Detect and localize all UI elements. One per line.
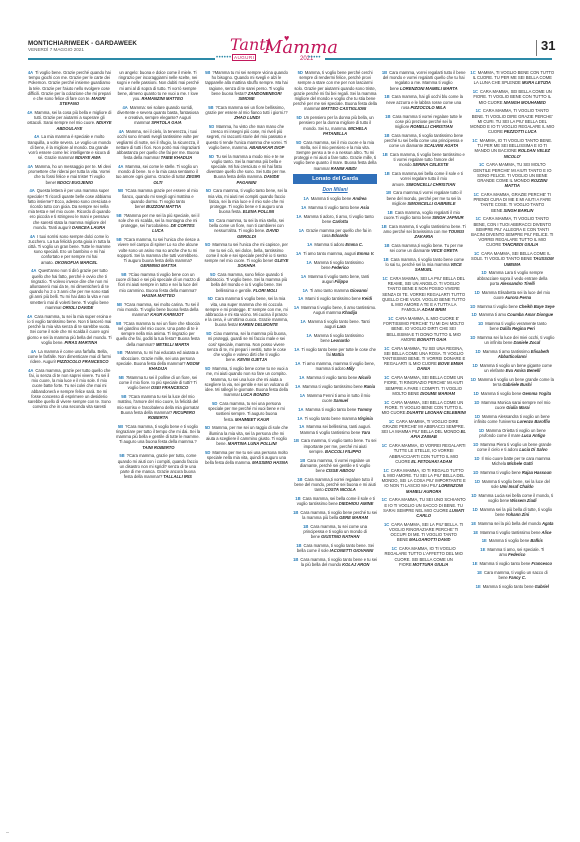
- author-signature: Tommy: [357, 407, 372, 412]
- author-signature: MASSIMO HASNA: [252, 460, 288, 465]
- greeting-message: 1BCara mamma, ti voglio tanto bene come …: [381, 257, 466, 273]
- greeting-message: 1DMamma Piera ti voglio un bene grande c…: [470, 442, 555, 452]
- header-rule-left: [28, 58, 215, 60]
- greeting-message: 5B?Cara mamma, ti voglio bene e ti vogli…: [116, 424, 201, 450]
- class-label: 1A: [301, 319, 306, 324]
- greeting-message: 5DCara mamma, ti voglio tanto bene, sei …: [204, 188, 289, 214]
- page-number: 31: [541, 38, 555, 53]
- greeting-message: 1CCARA MAMMA, SEI LA PIU' BELLA DEL REAM…: [381, 276, 466, 312]
- greeting-message: 1CCARA MAMMA, SEI BELLA COME UN FIORE, T…: [381, 375, 466, 396]
- author-signature: Umi Insaf Chaldo: [500, 484, 534, 489]
- greeting-message: 1CCARA MAMMA, IL MIO CUORE E' FORTISSIMO…: [381, 316, 466, 342]
- greeting-message: 1CCARA MAMMA, IO VORREI REGALARTI TUTTE …: [381, 443, 466, 464]
- message-text: ?Cara mamma, ti voglio bene e ti voglio …: [116, 424, 200, 445]
- class-label: 1D: [472, 363, 477, 368]
- greeting-message: 1CCARA MAMMA, SEI BELLA COME UN FIORE. T…: [470, 89, 555, 105]
- class-label: 1A: [304, 196, 309, 201]
- greeting-message: 1BCara mamma,ti vorrei regalare tutto il…: [293, 477, 378, 493]
- greeting-message: 1AMamma ti voglio tantissimo beneFederic…: [293, 260, 378, 270]
- message-text: Mamma ti adoro: [314, 242, 344, 247]
- author-signature: Francesco: [531, 561, 552, 566]
- author-signature: Bafkis: [530, 538, 542, 543]
- class-label: 1E: [472, 561, 477, 566]
- greeting-message: 5DCiao mamma, sei la mamma più buona, mi…: [204, 331, 289, 362]
- author-signature: TALLALLI IRIS: [163, 474, 192, 479]
- greeting-message: 1CCARA MAMMA, IO TI VOGLIO REGALARE TUTT…: [381, 546, 466, 567]
- greeting-message: 4ALa mia mamma è speciale e molto tranqu…: [27, 134, 112, 160]
- message-text: Mamma ti voglio tanto bene: [483, 584, 534, 589]
- greeting-message: 1ATi amo tanto mamma, auguriEmma V.: [293, 251, 378, 256]
- greeting-message: 1CCARA MAMMA, GRAZIE PERCHE' TI PRENDI C…: [470, 192, 555, 213]
- author-signature: ELENA POLLINI: [243, 209, 274, 214]
- heart-icon: ♥: [284, 33, 289, 43]
- greeting-message: 5DMamma tu sei l'unica che mi capisce, p…: [204, 242, 289, 268]
- tanti-auguri-mamma-logo: Tanti AUGURI Mamma ♥ 2021: [228, 35, 318, 67]
- message-text: Ti amo tanto mamma, auguri: [303, 251, 356, 256]
- greeting-message: 1DMamma ti voglio beneCheikh Baye Seye: [470, 304, 555, 309]
- message-text: Mamma ti voglio tanto bene: [480, 561, 531, 566]
- class-label: 1C: [382, 443, 387, 448]
- greeting-message: 1BCara mamma, ti vorrei regalare un diam…: [293, 458, 378, 474]
- greeting-message: 1CCARA MAMMA, TU SEI MOLTO GENTILE PERCH…: [470, 162, 555, 188]
- print-mark: [6, 832, 9, 833]
- class-label: 1A: [307, 242, 312, 247]
- greeting-message: 5B?Cara mamma grazie per essere al mio f…: [116, 188, 201, 209]
- class-label: 1E: [473, 530, 478, 535]
- greeting-message: 1AMamma ti adoro, ti amo, ti voglio tant…: [293, 214, 378, 224]
- message-text: Questa lettera è per una mamma super spe…: [27, 188, 111, 229]
- greeting-message: 1EMamma ti voglio tanto beneGabriel: [470, 584, 555, 589]
- greeting-message: 1BCara mamma,ti vorrei regalare tutto il…: [381, 190, 466, 206]
- class-label: 1D: [475, 349, 480, 354]
- column-2: un angelo: buona e dolce come il miele. …: [116, 70, 201, 815]
- author-signature: Yohann Zini: [506, 512, 530, 517]
- greeting-message: 1DMamma ti amo tantissimoElisabeth Abbat…: [470, 349, 555, 359]
- greeting-message: 1BCara mamma, tu sei come una principess…: [293, 524, 378, 540]
- greeting-message: 4AMamma, ho un messaggio per te. Mi devi…: [27, 164, 112, 185]
- column-4: 5DMamma, ti voglio bene perché cerchi se…: [293, 70, 378, 815]
- message-text: Mamma ti voglio bene: [477, 304, 518, 309]
- greeting-message: 1BCara mamma, ti voglio tantissimo bene.…: [381, 224, 466, 240]
- greeting-message: 1CMAMMA, TI VOGLIO BENE CON TUTTO IL CUO…: [470, 70, 555, 86]
- greeting-message: 1AMami ti voglio tantissimo beneKeidi: [293, 296, 378, 301]
- message-text: Ti amo tanto mamma: [310, 288, 349, 293]
- author-signature: ADAM BRIM: [422, 307, 446, 312]
- greeting-message: 1AMamma ti adoroEmma C.: [293, 242, 378, 247]
- author-signature: DIEDHIOU AMINE: [339, 501, 374, 506]
- author-signature: ABABAKAR DIOP: [249, 145, 284, 150]
- greeting-message: 1CCARA MAMMA, TI VOGLIO DIRE GRAZIE PERC…: [381, 419, 466, 440]
- greeting-message: 4AMamma, sei il cielo, la tenerezza, i t…: [116, 129, 201, 160]
- greeting-message: 1DMamma sei la luce dei miei occhi, ti v…: [470, 335, 555, 345]
- class-label: 1A: [301, 205, 306, 210]
- greeting-message: 5DCara mamma ti voglio bene, sei la mia …: [204, 296, 289, 327]
- greeting-message: 1DMamma Orietta ti voglio un bene profon…: [470, 428, 555, 438]
- author-signature: MALGAROTTI DAVID: [409, 537, 450, 542]
- class-label: 1D: [473, 470, 478, 475]
- class-label: 1B: [385, 114, 390, 119]
- author-signature: METELLI MARTA: [156, 342, 189, 347]
- class-label: 1A: [306, 260, 311, 265]
- greeting-message: 5DCara mamma, sei il mio cuore e la mia …: [293, 140, 378, 171]
- author-signature: Coumba Amar Diongue: [507, 312, 553, 317]
- message-text: ?Cara mamma, tu sei l'unica che riesce a…: [117, 237, 199, 263]
- greeting-message: 1DMamma sei la più bella di tutte, ti vo…: [470, 507, 555, 517]
- author-signature: Giovanni: [350, 288, 368, 293]
- greeting-message: 1CCARA MAMMA, IO TI REGALO TUTTO IL MIO …: [381, 468, 466, 494]
- greeting-message: 1EMamma sei la più bella del mondoAgata: [470, 521, 555, 526]
- message-text: Mamma sei la più bella del mondo: [478, 521, 541, 526]
- author-signature: Mily: [347, 366, 355, 371]
- greeting-message: 1DMamma Monica sarai sempre nel mio cuor…: [470, 400, 555, 410]
- greeting-message: 1BCara mamma, sei bella come il sole e t…: [293, 496, 378, 506]
- publication-name: MONTICHIARIWEEK - GARDAWEEK: [28, 40, 137, 47]
- greeting-message: 4ACara mamma, tu sei la mia super eroina…: [27, 314, 112, 345]
- class-label: 1D: [475, 479, 480, 484]
- message-text: Mamma ti voglio tantissimo bene: [302, 384, 362, 389]
- greeting-message: 1AMamma ti voglio tanto beneTommy: [293, 407, 378, 412]
- author-signature: EL FETOUAKI ADAM: [411, 459, 452, 464]
- author-signature: SINGH BARLIN: [503, 208, 533, 213]
- author-signature: Emma V.: [357, 251, 374, 256]
- greeting-message: 1CCARA MAMMA, SEI BELLA COME UN FIORE. T…: [381, 400, 466, 416]
- author-signature: Nicolò: [358, 375, 371, 380]
- greeting-message: 1CCARA MAMMA, TU SEI UNO SCHIANTO E IO T…: [381, 497, 466, 518]
- greeting-message: 1DMamma ti amoCoumba Amar Diongue: [470, 312, 555, 317]
- greeting-message: 1BCara mamma, ti voglio bene tantissimo …: [381, 152, 466, 168]
- greeting-message: 1DMamma ti voglio bene, sei la luce del …: [470, 479, 555, 489]
- author-signature: Samuel: [333, 398, 348, 403]
- author-signature: COSTA NICOLA: [325, 487, 356, 492]
- greeting-message: 1AMamma ti voglio tantissimo beneLeonard…: [293, 333, 378, 343]
- message-text: ?Cara mamma sei un fiore bellissimo, gra…: [205, 105, 287, 115]
- author-signature: TANCREDI GIULIA: [502, 242, 538, 247]
- author-signature: RANIM ABIDI: [331, 166, 357, 171]
- greeting-message: 1ATi amo mamma, mamma ti voglio bene, ma…: [293, 361, 378, 371]
- class-label: 1B: [293, 510, 298, 515]
- greeting-message: 5B?Mamma tu mi sei sempre vicina quando …: [204, 70, 289, 101]
- author-signature: GERMINO MATTIA: [140, 263, 176, 268]
- greeting-message: 5B?Mamma, tu mi hai educata ed aiutata a…: [116, 350, 201, 371]
- class-label: 1A: [299, 375, 304, 380]
- author-signature: OANCEA LAURA: [72, 225, 105, 230]
- author-signature: BONATTI GAIA: [417, 337, 447, 342]
- class-label: 1A: [295, 361, 300, 366]
- class-label: 1D: [470, 304, 475, 309]
- author-signature: GIUSTINO NATHAN: [321, 534, 359, 539]
- greeting-message: 1AMamma ti voglio tanto beneNicolò: [293, 375, 378, 380]
- author-signature: Agata: [542, 521, 554, 526]
- column-5: 1BCara mamma, vorrei regalarti tutto il …: [381, 70, 466, 815]
- greeting-message: 5DUn pensiero per la donna più bella, un…: [293, 115, 378, 136]
- author-signature: LUCA BONZIO: [241, 392, 270, 397]
- class-label: 1E: [477, 570, 482, 575]
- greeting-message: 4ALa mamma è come una farfalla. Bella, c…: [27, 349, 112, 365]
- author-signature: Gabriele Bushi: [502, 382, 531, 387]
- author-signature: SIMONCELLI GABRIELE: [407, 201, 455, 206]
- message-text: Mamma ti voglio tanto bene: [306, 407, 357, 412]
- author-signature: MURA LETIZIA: [522, 80, 551, 85]
- author-signature: TAINI ROBERTO: [142, 445, 174, 450]
- message-text: Mamma ti voglio bene: [481, 391, 522, 396]
- author-signature: DUARTE LEONAN CELEBRINI: [407, 410, 466, 415]
- greeting-message: 1AMamma ti voglio tantissimo beneRania: [293, 384, 378, 389]
- header-dots-right: •••••: [308, 55, 321, 61]
- column-6: 1CMAMMA, TI VOGLIO BENE CON TUTTO IL CUO…: [470, 70, 555, 815]
- greeting-message: 1CCARA MAMMA, TI VOGLIO TANTO BENE, CON …: [470, 216, 555, 247]
- greeting-message: 5DMamma per me tu sei una persona molto …: [204, 450, 289, 466]
- greeting-message: 5DMamma, ti voglio bene come tu ne vuoi …: [204, 366, 289, 397]
- author-signature: BUZZONI MATTIA: [146, 204, 181, 209]
- greeting-message: 5DMamma, per me sei un raggio di sole ch…: [204, 425, 289, 446]
- greeting-message: 1DMamma ti voglio un bene gigante come u…: [470, 363, 555, 373]
- greeting-message: 1BCara mamma ti vorrei regalare tutte le…: [381, 114, 466, 130]
- class-label: 1A: [300, 393, 305, 398]
- author-signature: PIZZOCOLO FRANCESCO: [57, 359, 109, 364]
- greeting-message: 1AGrazie mamma per quello che fai in cas…: [293, 228, 378, 238]
- greeting-message: 5DTu sei la mamma a modo mio e te ne vog…: [204, 154, 289, 185]
- author-signature: Lara: [337, 324, 346, 329]
- author-signature: ZHAO LUNDI: [234, 115, 260, 120]
- greeting-message: 1BCara mamma, vorrei regalarti tutto il …: [381, 70, 466, 91]
- greeting-message: 5B?Cara mamma, tu sei l'unica che riesce…: [116, 237, 201, 268]
- author-signature: Edoardo: [332, 233, 349, 238]
- class-label: 1E: [482, 538, 487, 543]
- article-columns: 4ATi voglio bene. Grazie perché quando h…: [27, 70, 555, 815]
- class-label: 1D: [474, 290, 479, 295]
- message-text: Mamma ti voglio tanto bene: [308, 205, 359, 210]
- author-signature: Daniele Zocal: [513, 340, 540, 345]
- greeting-message: 5B?Cara mamma sei un fiore bellissimo, g…: [204, 105, 289, 121]
- greeting-message: 5B?Cara mamma, grazie per tutto, come qu…: [116, 453, 201, 479]
- author-signature: PIRAS MARTINA: [65, 340, 98, 345]
- greeting-message: 5B?Ciao mamma ti voglio bene con un cuor…: [116, 272, 201, 298]
- author-signature: Keidi: [362, 296, 372, 301]
- message-text: Mamma, ti voglio bene perché cerchi semp…: [293, 70, 377, 111]
- author-signature: KAUR KARMJOT: [150, 312, 184, 317]
- class-label: 1A: [296, 251, 301, 256]
- author-signature: VECE GRETA: [431, 248, 458, 253]
- class-label: 1A: [298, 407, 303, 412]
- author-signature: Andrea: [352, 196, 366, 201]
- class-label: 1D: [478, 321, 483, 326]
- author-signature: Eva Amira Benelli: [506, 368, 541, 373]
- author-signature: ORIOLI DAVIDE: [62, 305, 93, 310]
- page-number-separator: [536, 40, 537, 56]
- greeting-message: 1AMamma ti voglio tanto bene, tanti augu…: [293, 274, 378, 284]
- class-label: 1D: [470, 335, 475, 340]
- greeting-message: 1DMamma Elisabetta sei la luce del mio c…: [470, 290, 555, 300]
- message-text: Mamma ti voglio bene: [311, 196, 352, 201]
- class-label: 1A: [301, 274, 306, 279]
- greeting-message: 1ECara mamma, ti voglio un sacco di bene…: [470, 570, 555, 580]
- class-label: 1D: [472, 507, 477, 512]
- publication-date: VENERDÌ 7 MAGGIO 2021: [28, 47, 84, 52]
- author-signature: Leonardo: [331, 338, 350, 343]
- logo-auguri: AUGURI: [232, 54, 256, 61]
- author-signature: Giulia Marai: [506, 405, 529, 410]
- greeting-message: 1DMamma Lara ti voglio sempre abbracciar…: [470, 270, 555, 286]
- author-signature: Rajaa Hassoun: [522, 470, 552, 475]
- greeting-message: 1EMamma ti voglio beneBafkis: [470, 538, 555, 543]
- class-label: 1D: [471, 312, 476, 317]
- author-signature: NDOCI EUGJENIO: [57, 180, 93, 185]
- author-signature: SCALVINI AGATA: [424, 143, 458, 148]
- author-signature: MATTEO CASTIGLIONI: [321, 106, 366, 111]
- logo-mamma: Mamma: [264, 37, 338, 58]
- greeting-message: 5B?Cara mamma, sei molto carina. Tu sei …: [116, 302, 201, 318]
- greeting-message: 1BCara mamma, ti voglio bene perché tu s…: [293, 510, 378, 520]
- author-signature: RAMANZINI MATTEO: [142, 96, 184, 101]
- message-text: Mamma ti voglio tantissimo bene: [480, 530, 540, 535]
- author-signature: Fancy C.: [509, 575, 526, 580]
- class-label: 1B: [384, 171, 389, 176]
- author-signature: Mattia: [332, 352, 344, 357]
- greeting-message: un angelo: buona e dolce come il miele. …: [116, 70, 201, 101]
- author-signature: Federico: [332, 265, 349, 270]
- author-signature: KOLAJ ARON: [342, 562, 369, 567]
- greeting-message: 1AMamma sei bellissima, tanti auguri. Ma…: [293, 424, 378, 434]
- author-signature: SERINA CELESTE: [413, 162, 449, 167]
- message-text: Mamma ti voglio bene: [480, 470, 521, 475]
- greeting-message: 1DIl mio cuore batte per te cara mamma M…: [470, 456, 555, 466]
- class-label: 1A: [303, 288, 308, 293]
- greeting-message: 4AI tuoi sorrisi sono sempre dolci come …: [27, 234, 112, 265]
- message-text: Mamma ti voglio tanto bene: [306, 375, 357, 380]
- class-label: 1A: [295, 384, 300, 389]
- message-text: Mamma ti amo: [479, 312, 506, 317]
- author-signature: LORENZONI MAMELI MARTA: [400, 86, 458, 91]
- author-signature: NDIAYE AWA: [75, 155, 101, 160]
- class-label: 1B: [293, 557, 298, 562]
- greeting-message: 4ACara mamma, grazie per tutto quello ch…: [27, 368, 112, 410]
- greeting-message: 1ATi voglio tanto bene mammaVirginia: [293, 416, 378, 421]
- greeting-message: 5B?Mamma per me sei la più speciale, sei…: [116, 213, 201, 234]
- author-signature: Alessandro Tirelli: [500, 281, 535, 286]
- greeting-message: 4AMamma, sei la cosa più bella e miglior…: [27, 110, 112, 131]
- message-text: Mamma ti voglio bene: [489, 538, 530, 543]
- author-signature: MOTTURA GIULIA: [413, 562, 449, 567]
- author-signature: Michele Gatti: [507, 461, 533, 466]
- greeting-message: 1DMamma ti voglio beneRajaa Hassoun: [470, 470, 555, 475]
- section-header-school: Don Milani: [293, 187, 378, 193]
- author-signature: IACONETTI GIOVANNI: [330, 548, 374, 553]
- greeting-message: 1AMamma Fenni ti amo in tutto il mio cuo…: [293, 393, 378, 403]
- message-text: Mami ti voglio tantissimo bene: [305, 296, 360, 301]
- greeting-message: 1DMamma ti voglio veramente tanto beneDa…: [470, 321, 555, 331]
- author-signature: Dalila Regina Peri: [500, 326, 535, 331]
- author-signature: MANMEET KAUR: [235, 417, 269, 422]
- author-signature: ROMELLI CHRISTIAN: [410, 124, 452, 129]
- message-text: Quest'anno non ti dirò grazie per tutto …: [29, 268, 109, 309]
- greeting-message: 1BCara mamma, ti voglio tanto bene. Tu s…: [293, 438, 378, 454]
- header-rule-right: [325, 58, 552, 60]
- column-1: 4ATi voglio bene. Grazie perché quando h…: [27, 70, 112, 815]
- greeting-message: 1BCara mamma, voglio regalarti il mio cu…: [381, 210, 466, 220]
- greeting-message: 5DMamma, ti voglio bene perché cerchi se…: [293, 70, 378, 112]
- class-label: 1E: [476, 584, 481, 589]
- class-label: 1A: [299, 228, 304, 233]
- greeting-message: 1EMamma ti voglio tanto beneFrancesco: [470, 561, 555, 566]
- message-text: Ti amo mamma, mamma ti voglio bene, mamm…: [302, 361, 375, 371]
- author-signature: OKONOFUA MARCEL: [55, 260, 98, 265]
- author-signature: Rania: [364, 384, 375, 389]
- author-signature: Alice: [542, 530, 552, 535]
- message-text: Mamma ti voglio bene, ti amo tantissimo.…: [301, 305, 376, 315]
- author-signature: Federico: [508, 552, 525, 557]
- greeting-message: 4AMamma: sei solare quando sorridi, dive…: [116, 105, 201, 126]
- author-signature: Lucia Di Salvo: [519, 447, 547, 452]
- greeting-message: 1DMamma Lucia sei bella come il mondo, t…: [470, 493, 555, 503]
- greeting-message: 1DMamma ti voglio un bene grande come la…: [470, 377, 555, 387]
- greeting-message: 4AMamma, sei come le stelle. Ti voglio u…: [116, 164, 201, 185]
- author-signature: DIOUME MARIAM: [420, 391, 455, 396]
- class-label: 1D: [471, 493, 476, 498]
- class-label: 1D: [471, 377, 476, 382]
- page-header: MONTICHIARIWEEK - GARDAWEEK VENERDÌ 7 MA…: [0, 0, 580, 68]
- greeting-message: 1CCARA MAMMA, SEI BELLA COME IL SOLE. TI…: [470, 251, 555, 267]
- greeting-message: 1CMAMMA, IO TI VOGLIO TANTO BENE. TU PER…: [470, 138, 555, 159]
- class-label: 1E: [471, 521, 476, 526]
- greeting-message: 1BCara mamma,ti voglio bene. Tu per me s…: [381, 243, 466, 253]
- greeting-message: 1BCara mamma, ti voglio tanto bene e tu …: [293, 557, 378, 567]
- author-signature: GERE MARAM: [339, 515, 368, 520]
- author-signature: Cheikh Baye Seye: [519, 304, 555, 309]
- greeting-message: 1CCARA MAMMA, SEI LA PIU' BELLA. TI VOGL…: [381, 522, 466, 543]
- class-label: 5B: [205, 70, 210, 75]
- greeting-message: 5B?Mamma tu sei il polline di un fiore, …: [116, 375, 201, 391]
- author-signature: MARTINA LUNA POLLINI: [228, 441, 277, 446]
- greeting-message: 5DCara mamma, tu sei una persona special…: [204, 401, 289, 422]
- greeting-message: 5DCara mamma, sono felice quando ti abbr…: [204, 272, 289, 293]
- greeting-message: 1EMamma ti voglio tantissimo beneAlice: [470, 530, 555, 535]
- greeting-message: 1ATi voglio tanto bene per tutte le cose…: [293, 347, 378, 357]
- greeting-message: 1AMamma ti voglio tanto bene. Tanti augu…: [293, 319, 378, 329]
- author-signature: Asia: [360, 205, 369, 210]
- author-signature: FLORI MOLI: [253, 288, 277, 293]
- author-signature: SIMONCELLI CHRISTIAN: [406, 182, 455, 187]
- class-label: 1D: [473, 391, 478, 396]
- author-signature: KEVIN GJETJA: [237, 357, 267, 362]
- greeting-message: 5DCara mamma, tu sei la mia stella, sei …: [204, 218, 289, 239]
- author-signature: Gemma Yogita: [522, 391, 551, 396]
- message-text: Ti voglio tanto bene mamma: [305, 416, 357, 421]
- author-signature: Emma C.: [345, 242, 363, 247]
- greeting-message: 1BCara mamma, hai gli occhi blu come la …: [381, 94, 466, 110]
- section-header-town: Lonato del Garda: [293, 174, 378, 184]
- greeting-message: 1AMamma ti voglio beneAndrea: [293, 196, 378, 201]
- author-signature: SPATOLA GAIA: [151, 120, 181, 125]
- author-signature: Filippo: [335, 279, 349, 284]
- author-signature: OSEI FRANCESCO: [151, 385, 188, 390]
- class-label: 1B: [294, 438, 299, 443]
- greeting-message: 4AQuesta lettera è per una mamma super s…: [27, 188, 112, 230]
- author-signature: Gabriel: [535, 584, 549, 589]
- author-signature: KAREN DELMONTE: [239, 322, 278, 327]
- class-label: 1A: [306, 333, 311, 338]
- column-3: 5B?Mamma tu mi sei sempre vicina quando …: [204, 70, 289, 815]
- greeting-message: 5B?Cara mamma tu sei la luce del mio mat…: [116, 394, 201, 420]
- class-label: 1A: [294, 305, 299, 310]
- class-label: 1A: [294, 347, 299, 352]
- greeting-message: 5B?Cara mamma tu sei un fiore che sbocci…: [116, 321, 201, 347]
- message-text: Cara mamma, grazie per tutto quello che …: [28, 368, 111, 409]
- author-signature: Lorenzo Baroffio: [517, 419, 550, 424]
- greeting-message: 1AMamma ti voglio bene, ti amo tantissim…: [293, 305, 378, 315]
- greeting-message: 1AMamma ti voglio tanto beneAsia: [293, 205, 378, 210]
- class-label: 1A: [296, 214, 301, 219]
- author-signature: Aurora Perna: [505, 295, 531, 300]
